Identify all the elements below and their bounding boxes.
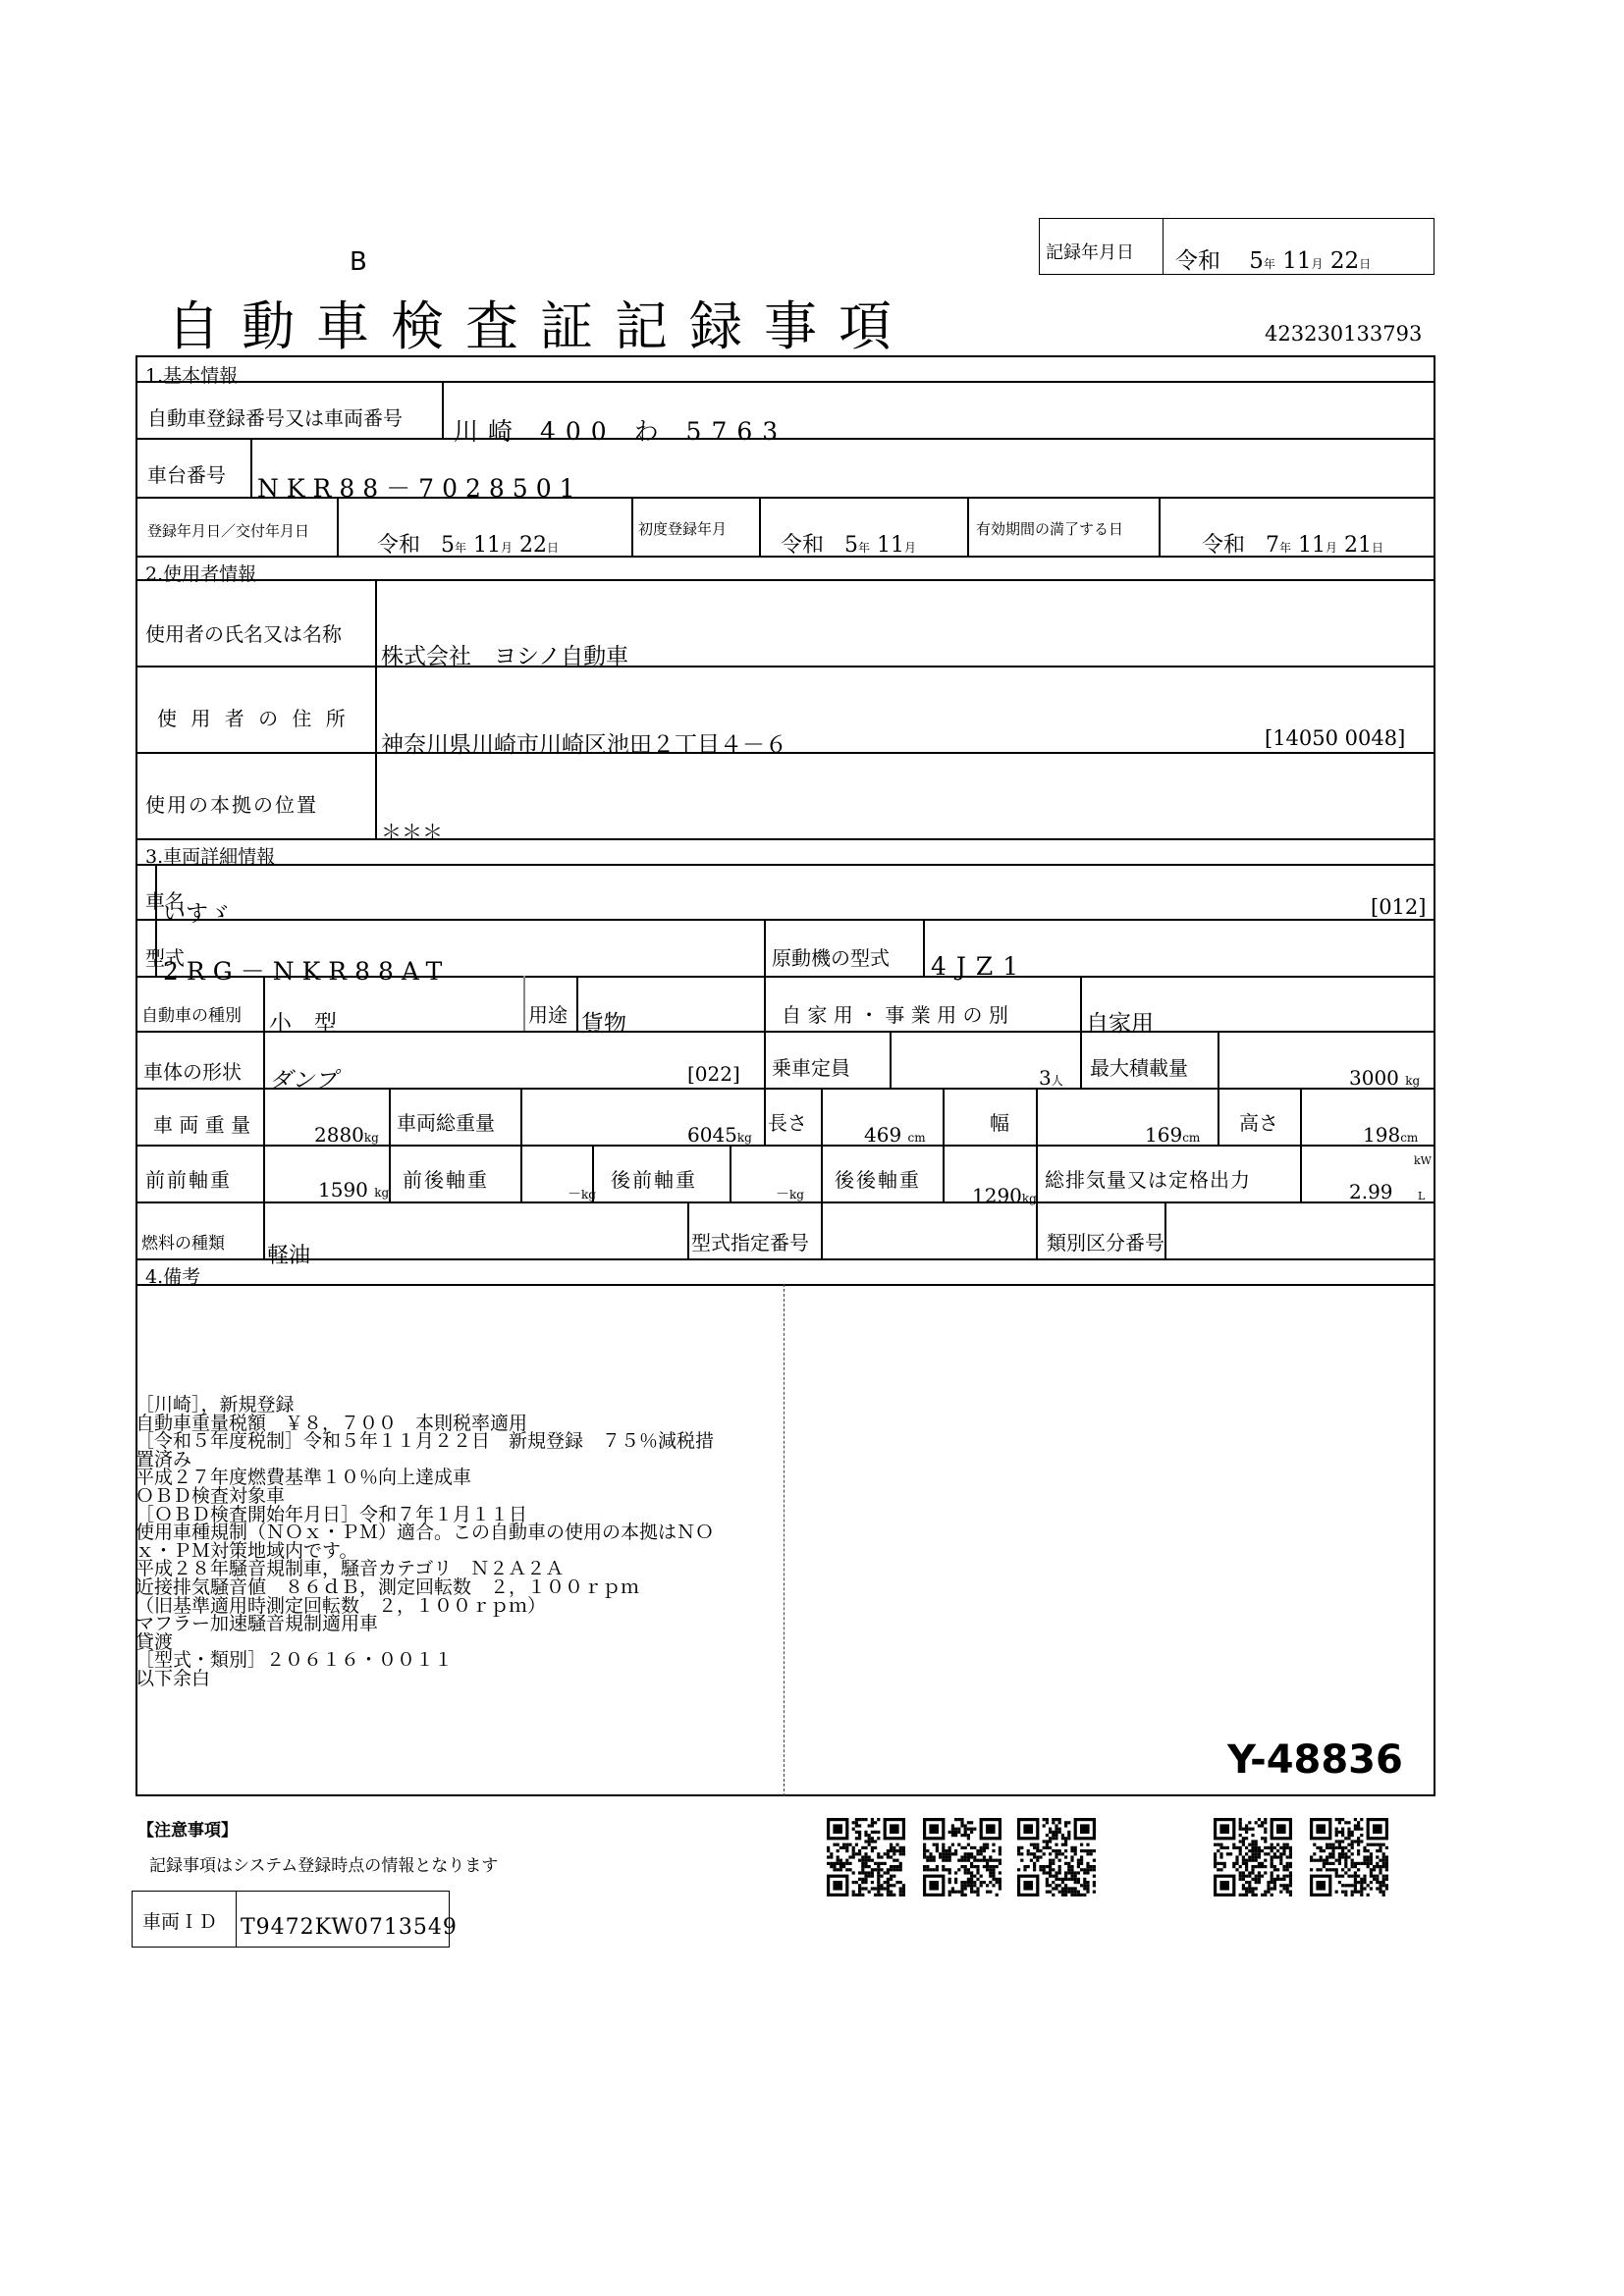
rf-axle-value: －kg (776, 1184, 804, 1203)
vehicle-class-label: 自動車の種別 (141, 1001, 242, 1026)
displacement-unit-kw: kW (1414, 1154, 1432, 1167)
notice-text: 記録事項はシステム登録時点の情報となります (149, 1851, 498, 1876)
height-value: 198cm (1363, 1123, 1418, 1147)
private-business-value: 自家用 (1086, 1005, 1154, 1038)
qr-code-1 (827, 1818, 905, 1896)
record-date-value: 令和 5年 11月 22日 (1175, 242, 1371, 275)
user-name-label: 使用者の氏名又は名称 (145, 618, 342, 647)
category-number-label: 類別区分番号 (1047, 1227, 1164, 1255)
displacement-label: 総排気量又は定格出力 (1045, 1164, 1251, 1193)
qr-code-5 (1310, 1818, 1388, 1896)
notice-heading: 【注意事項】 (137, 1816, 238, 1841)
document-number: 423230133793 (1265, 322, 1422, 346)
qr-code-3 (1017, 1818, 1096, 1896)
vehicle-id-value: T9472KW0713549 (241, 1915, 458, 1940)
record-date-box: 記録年月日 令和 5年 11月 22日 (1039, 218, 1435, 275)
body-shape-label: 車体の形状 (143, 1056, 242, 1085)
section-basic-info-heading: 1.基本情報 (145, 361, 238, 388)
body-shape-code: [022] (687, 1062, 740, 1086)
first-registration-label: 初度登録年月 (638, 518, 727, 539)
body-shape-value: ダンプ (269, 1062, 337, 1095)
rf-axle-label: 後前軸重 (611, 1164, 697, 1193)
car-name-value: いすゞ (163, 895, 231, 928)
car-name-code: [012] (1371, 895, 1426, 919)
length-value: 469 cm (864, 1123, 926, 1147)
registration-number-label: 自動車登録番号又は車両番号 (147, 402, 403, 431)
expiry-date-value: 令和 7年 11月 21日 (1202, 528, 1383, 559)
qr-code-4 (1214, 1818, 1292, 1896)
form-letter: B (350, 247, 367, 277)
model-value: 2RG－NKR88AT (163, 952, 450, 988)
vehicle-weight-label: 車 両 重 量 (153, 1109, 250, 1138)
expiry-date-label: 有効期間の満了する日 (976, 518, 1123, 539)
qr-code-2 (923, 1818, 1001, 1896)
user-address-value: 神奈川県川崎市川崎区池田２丁目４－６ (381, 726, 787, 759)
max-load-value: 3000 kg (1349, 1066, 1420, 1090)
length-label: 長さ (768, 1107, 807, 1136)
height-label: 高さ (1239, 1107, 1278, 1136)
max-load-label: 最大積載量 (1090, 1052, 1188, 1081)
user-address-label: 使 用 者 の 住 所 (157, 703, 350, 731)
fuel-value: 軽油 (267, 1239, 310, 1269)
chassis-number-label: 車台番号 (147, 459, 226, 488)
chassis-number-value: NKR88－7028501 (257, 469, 583, 505)
gross-weight-label: 車両総重量 (397, 1107, 495, 1136)
reference-number: Y-48836 (1227, 1737, 1403, 1783)
type-designation-label: 型式指定番号 (691, 1227, 809, 1255)
engine-model-label: 原動機の型式 (772, 942, 890, 971)
registration-date-value: 令和 5年 11月 22日 (377, 528, 559, 559)
registration-date-label: 登録年月日／交付年月日 (147, 520, 309, 541)
ff-axle-label: 前前軸重 (145, 1164, 232, 1193)
remarks-text: ［川崎］，新規登録 自動車重量税額 ￥８，７００ 本則税率適用 ［令和５年度税制… (135, 1396, 714, 1688)
vehicle-weight-value: 2880kg (314, 1123, 379, 1147)
width-label: 幅 (990, 1107, 1009, 1136)
usage-value: 貨物 (581, 1005, 626, 1038)
vehicle-id-box: 車両ＩＤ T9472KW0713549 (132, 1891, 450, 1948)
base-location-label: 使用の本拠の位置 (145, 789, 318, 818)
ff-axle-value: 1590 kg (318, 1178, 389, 1201)
usage-label: 用途 (528, 999, 568, 1028)
rr-axle-label: 後後軸重 (835, 1164, 921, 1193)
width-value: 169cm (1145, 1123, 1200, 1147)
fuel-label: 燃料の種類 (141, 1229, 225, 1254)
vehicle-id-label: 車両ＩＤ (142, 1907, 217, 1934)
record-date-label: 記録年月日 (1046, 239, 1134, 264)
capacity-label: 乗車定員 (772, 1052, 850, 1081)
page-title: 自動車検査証記録事項 (167, 285, 913, 360)
registration-number-value: 川崎 400 わ 5763 (454, 412, 787, 448)
remarks-divider (784, 1284, 785, 1796)
private-business-label: 自 家 用 ・ 事 業 用 の 別 (782, 999, 1008, 1028)
first-registration-value: 令和 5年 11月 (781, 528, 916, 559)
base-location-value: ＊＊＊ (381, 817, 443, 846)
vehicle-class-value: 小 型 (269, 1005, 337, 1038)
capacity-value: 3人 (1039, 1066, 1063, 1090)
rr-axle-value: 1290kg (972, 1184, 1037, 1207)
user-address-code: [14050 0048] (1265, 726, 1405, 750)
gross-weight-value: 6045kg (687, 1123, 752, 1147)
fr-axle-label: 前後軸重 (403, 1164, 489, 1193)
displacement-value: 2.99 (1349, 1180, 1393, 1203)
section-user-info-heading: 2.使用者情報 (145, 560, 256, 586)
